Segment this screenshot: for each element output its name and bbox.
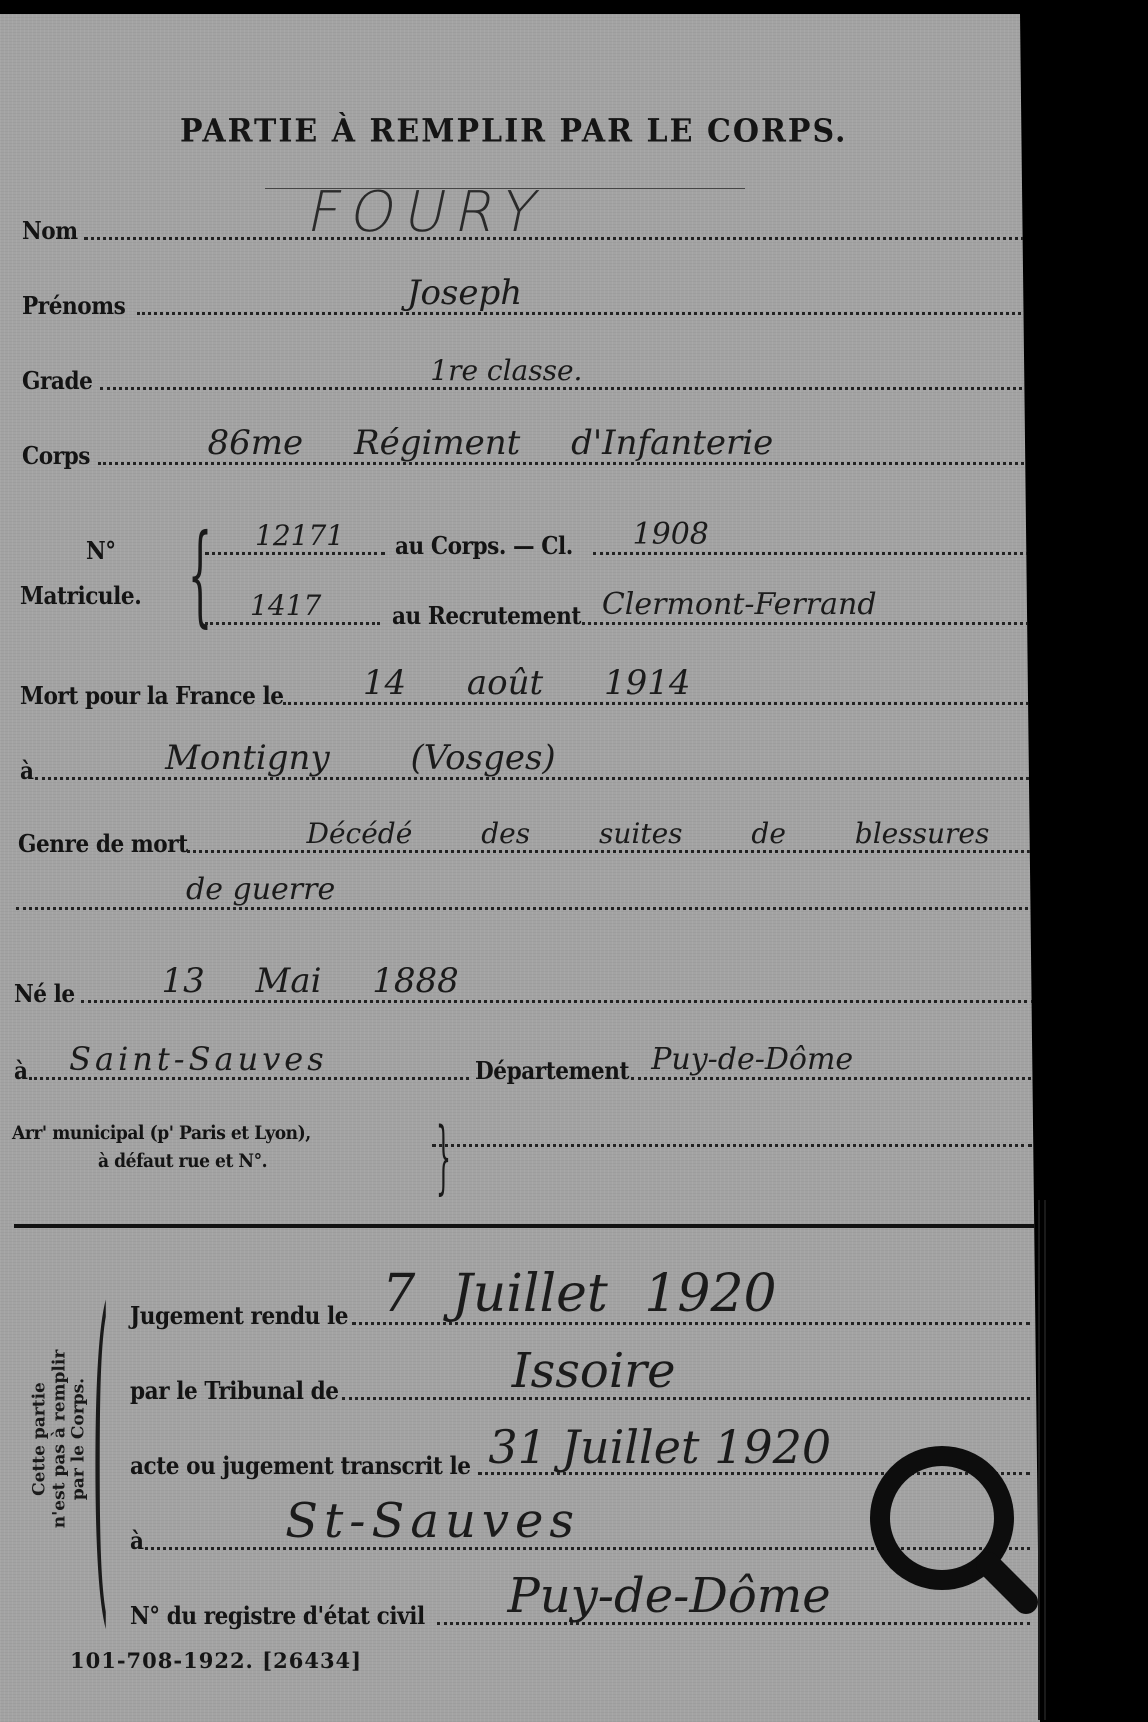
field-label: acte ou jugement transcrit le [130, 1454, 471, 1478]
field-line: 86me Régiment d'Infanterie [98, 462, 1036, 465]
field-grade: Grade 1re classe. [22, 369, 1034, 393]
field-label: Né le [14, 982, 75, 1006]
field-value: Saint-Sauves [69, 1043, 328, 1075]
field-line: Issoire [342, 1397, 1030, 1400]
document-viewer: PARTIE À REMPLIR PAR LE CORPS. Nom FOURY… [0, 0, 1148, 1722]
field-label: à [14, 1059, 28, 1083]
field-line: 14 août 1914 [283, 702, 1034, 705]
field-label: à [20, 759, 34, 783]
field-line: Puy-de-Dôme [631, 1077, 1038, 1080]
field-label: Genre de mort [18, 832, 188, 856]
matricule-classe: 1908 [633, 520, 709, 550]
field-label: par le Tribunal de [130, 1379, 339, 1403]
field-value: 86me Régiment d'Infanterie [208, 426, 774, 460]
field-label: au Recrutement [392, 604, 581, 628]
field-label: au Corps. — Cl. [395, 534, 573, 558]
card-heading: PARTIE À REMPLIR PAR LE CORPS. [180, 113, 848, 150]
field-line: 7 Juillet 1920 [352, 1322, 1030, 1325]
matricule-recrutement-value: Clermont-Ferrand [602, 590, 877, 620]
arrondissement-label-line1: Arr' municipal (p' Paris et Lyon), [12, 1124, 311, 1143]
field-value: FOURY [303, 185, 552, 241]
arrondissement-label-line2: à défaut rue et N°. [98, 1152, 267, 1171]
field-prenoms: Prénoms Joseph [22, 294, 1032, 318]
field-line: Puy-de-Dôme [437, 1622, 1030, 1625]
matricule-recrutement-number: 1417 [250, 592, 321, 620]
field-label: Corps [22, 444, 90, 468]
field-value: 13 Mai 1888 [161, 964, 458, 998]
field-label: Nom [22, 219, 78, 243]
field-line: de guerre [16, 907, 1034, 910]
field-label: Mort pour la France le [20, 684, 284, 708]
field-line: 1908 [593, 552, 1035, 555]
side-note-text: Cette partie n'est pas à remplir par le … [31, 1350, 90, 1529]
field-ne-le: Né le 13 Mai 1888 [14, 982, 1034, 1006]
border-rule [1044, 1200, 1046, 1720]
magnifier-icon [864, 1440, 1044, 1620]
matricule-corps-number: 12171 [255, 522, 344, 550]
lower-brace: ( [92, 1269, 109, 1629]
field-tribunal: par le Tribunal de Issoire [130, 1379, 1030, 1403]
field-value: 31 Juillet 1920 [488, 1424, 831, 1470]
section-divider [14, 1224, 1036, 1228]
field-corps: Corps 86me Régiment d'Infanterie [22, 444, 1036, 468]
arrondissement-brace: } [436, 1117, 451, 1197]
field-value-departement: Puy-de-Dôme [651, 1045, 853, 1075]
field-value: Montigny (Vosges) [165, 741, 556, 775]
field-matricule-recrutement: 1417 au Recrutement Clermont-Ferrand [205, 604, 1035, 628]
field-line: 1417 [205, 622, 380, 625]
field-label: Prénoms [22, 294, 125, 318]
field-line: 1re classe. [100, 387, 1034, 390]
field-value: Joseph [407, 276, 522, 310]
field-label: Jugement rendu le [130, 1304, 348, 1328]
matricule-label-line2: Matricule. [20, 584, 141, 608]
field-value: 14 août 1914 [363, 666, 691, 700]
field-matricule-corps: 12171 au Corps. — Cl. 1908 [205, 534, 1035, 558]
field-ne-a: à Saint-Sauves Département Puy-de-Dôme [14, 1059, 1038, 1083]
field-arrondissement [432, 1144, 1032, 1150]
field-nom: Nom FOURY [22, 219, 1032, 243]
form-reference-code: 101-708-1922. [26434] [70, 1648, 362, 1673]
field-genre-de-mort: Genre de mort Décédé des suites de bless… [18, 832, 1036, 856]
field-value: 7 Juillet 1920 [382, 1268, 776, 1320]
field-line: 13 Mai 1888 [81, 1000, 1034, 1003]
field-label: Grade [22, 369, 92, 393]
field-value: Issoire [512, 1347, 676, 1395]
field-value: de guerre [186, 875, 335, 905]
field-label: N° du registre d'état civil [130, 1604, 425, 1628]
field-value: St-Sauves [285, 1497, 580, 1545]
field-jugement: Jugement rendu le 7 Juillet 1920 [130, 1304, 1030, 1328]
field-line: FOURY [84, 237, 1032, 240]
field-value: Puy-de-Dôme [507, 1572, 830, 1620]
zoom-button[interactable] [864, 1440, 1044, 1620]
field-line: Saint-Sauves [29, 1077, 469, 1080]
field-label-departement: Département [475, 1059, 629, 1083]
field-line [432, 1144, 1032, 1147]
field-line: Clermont-Ferrand [582, 622, 1035, 625]
field-value: 1re classe. [430, 357, 582, 385]
field-mort-le: Mort pour la France le 14 août 1914 [20, 684, 1034, 708]
field-mort-a: à Montigny (Vosges) [20, 759, 1036, 783]
field-line: Joseph [137, 312, 1032, 315]
matricule-label-line1: N° [86, 539, 116, 563]
field-genre-de-mort-continued: de guerre [16, 907, 1034, 913]
field-value: Décédé des suites de blessures [307, 820, 990, 848]
field-line: Montigny (Vosges) [35, 777, 1036, 780]
field-label: à [130, 1529, 144, 1553]
field-line: Décédé des suites de blessures [187, 850, 1036, 853]
field-line: 12171 [205, 552, 385, 555]
